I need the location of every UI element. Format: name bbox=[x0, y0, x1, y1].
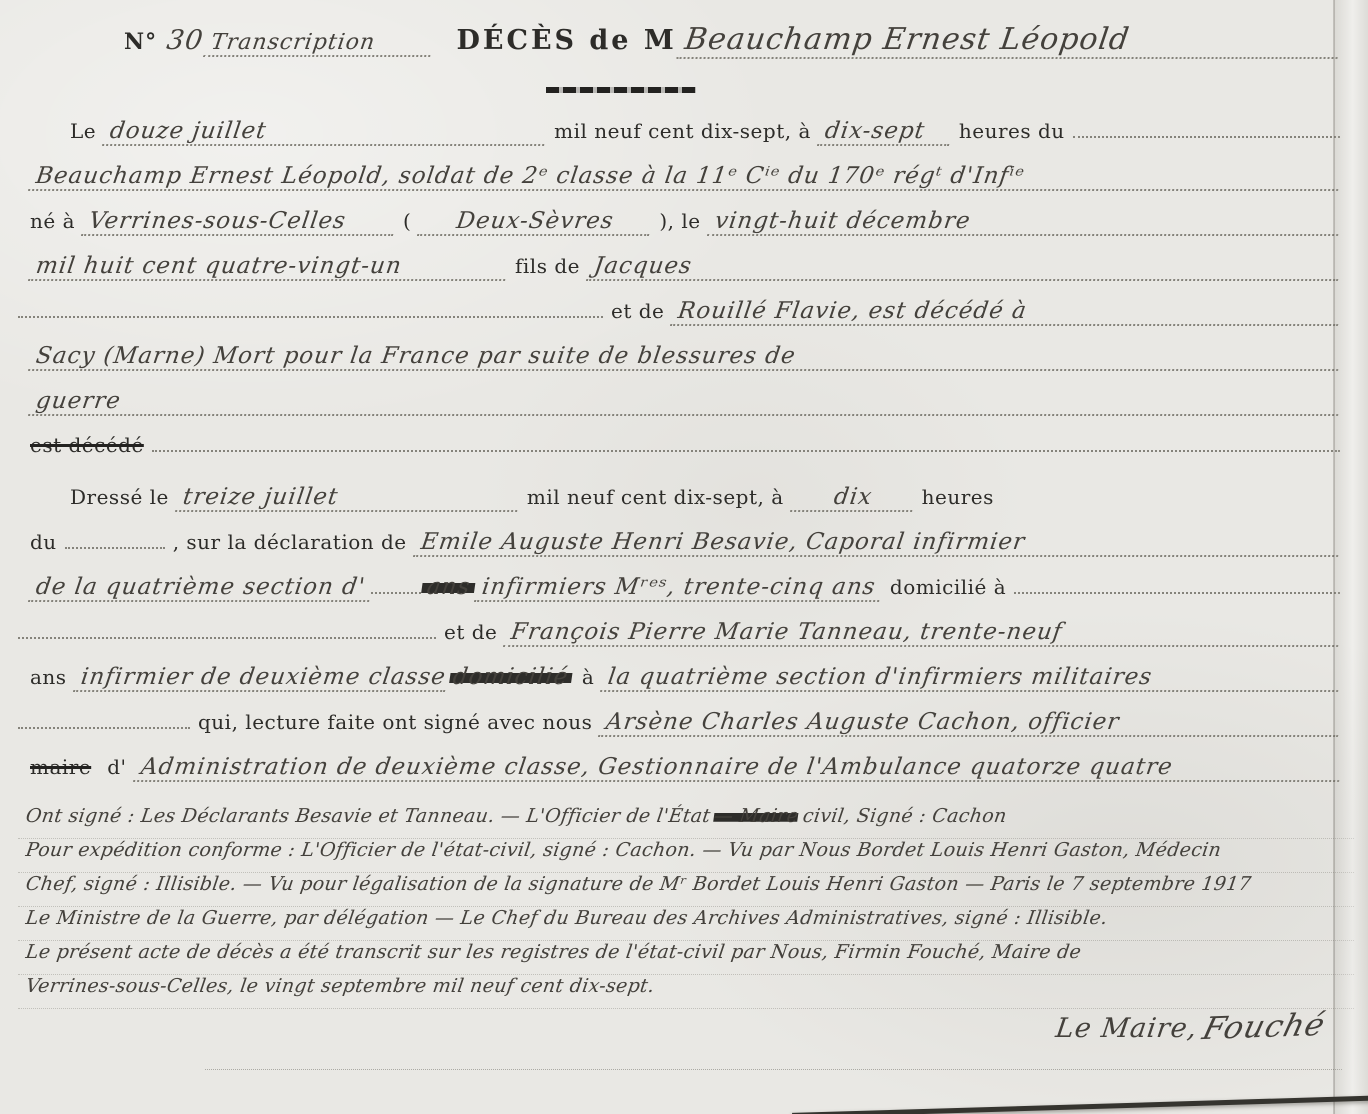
document-line: Le présent acte de décès a été transcrit… bbox=[18, 941, 1354, 975]
printed-text: Le bbox=[70, 119, 96, 143]
handwritten-text: Jacques bbox=[586, 253, 1342, 281]
document-line: Chef, signé : Illisible. — Vu pour légal… bbox=[18, 873, 1354, 907]
handwritten-text: Le présent acte de décès a été transcrit… bbox=[22, 941, 1084, 963]
scan-bottom-edge bbox=[792, 1095, 1368, 1114]
handwritten-text: de la quatrième section d' bbox=[28, 574, 373, 602]
act-number: 30 bbox=[159, 25, 208, 56]
printed-text: qui, lecture faite ont signé avec nous bbox=[198, 710, 592, 734]
handwritten-text: guerre bbox=[28, 388, 1342, 416]
handwritten-text: Pour expédition conforme : L'Officier de… bbox=[22, 839, 1224, 861]
struck-form-text: est décédé bbox=[30, 433, 144, 457]
mayor-signature: Fouché bbox=[1193, 1007, 1335, 1048]
mayor-title: Le Maire, bbox=[1048, 1013, 1206, 1044]
document-line: Verrines-sous-Celles, le vingt septembre… bbox=[18, 975, 1354, 1009]
printed-text: à bbox=[582, 665, 594, 689]
dotted-blank bbox=[65, 531, 165, 549]
handwritten-text: dix-sept bbox=[817, 118, 953, 146]
document-line: Dressé letreize juilletmil neuf cent dix… bbox=[18, 484, 1354, 529]
printed-text: mil neuf cent dix-sept, à bbox=[554, 119, 811, 143]
handwritten-text: infirmier de deuxième classe bbox=[73, 664, 449, 692]
title-underline-line bbox=[18, 82, 1354, 98]
document-line: Beauchamp Ernest Léopold, soldat de 2ᵉ c… bbox=[18, 163, 1354, 208]
printed-text: heures bbox=[922, 485, 994, 509]
handwritten-text: Administration de deuxième classe, Gesti… bbox=[133, 754, 1342, 782]
deces-title: DÉCÈS de M bbox=[456, 25, 676, 56]
document-line: ansinfirmier de deuxième classedomicilié… bbox=[18, 664, 1354, 709]
printed-text: domicilié à bbox=[890, 575, 1006, 599]
document-line: Ledouze juilletmil neuf cent dix-sept, à… bbox=[18, 118, 1354, 163]
document-line: maired'Administration de deuxième classe… bbox=[18, 754, 1354, 799]
handwritten-text: Ont signé : Les Déclarants Besavie et Ta… bbox=[22, 805, 714, 827]
document-lines: N°30TranscriptionDÉCÈS de MBeauchamp Ern… bbox=[18, 22, 1354, 1009]
document-line: Pour expédition conforme : L'Officier de… bbox=[18, 839, 1354, 873]
printed-text: et de bbox=[611, 299, 664, 323]
document-line: de la quatrième section d'ansinfirmiers … bbox=[18, 574, 1354, 619]
document-line: du, sur la déclaration deEmile Auguste H… bbox=[18, 529, 1354, 574]
printed-text: du bbox=[30, 530, 57, 554]
handwritten-text: douze juillet bbox=[102, 118, 548, 146]
struck-handwritten-text: domicilié bbox=[445, 664, 576, 690]
deceased-name: Beauchamp Ernest Léopold bbox=[676, 22, 1342, 59]
printed-text: ( bbox=[403, 209, 411, 233]
handwritten-text: dix bbox=[790, 484, 916, 512]
handwritten-text: François Pierre Marie Tanneau, trente-ne… bbox=[503, 619, 1342, 647]
handwritten-text: la quatrième section d'infirmiers milita… bbox=[600, 664, 1342, 692]
document-line: guerre bbox=[18, 388, 1354, 433]
printed-text: ans bbox=[30, 665, 67, 689]
scan-right-band bbox=[1334, 0, 1368, 1114]
document-line: et deFrançois Pierre Marie Tanneau, tren… bbox=[18, 619, 1354, 664]
handwritten-text: Emile Auguste Henri Besavie, Caporal inf… bbox=[413, 529, 1342, 557]
dotted-blank bbox=[371, 576, 421, 594]
document-line: Ont signé : Les Déclarants Besavie et Ta… bbox=[18, 805, 1354, 839]
handwritten-text: Deux-Sèvres bbox=[417, 208, 653, 236]
handwritten-text: Chef, signé : Illisible. — Vu pour légal… bbox=[22, 873, 1254, 895]
handwritten-text: treize juillet bbox=[175, 484, 521, 512]
handwritten-text: mil huit cent quatre-vingt-un bbox=[28, 253, 509, 281]
document-line: Le Ministre de la Guerre, par délégation… bbox=[18, 907, 1354, 941]
handwritten-text: Rouillé Flavie, est décédé à bbox=[670, 298, 1342, 326]
title-underline-bar bbox=[546, 87, 696, 93]
page-crease bbox=[1333, 0, 1335, 1114]
handwritten-text: civil, Signé : Cachon bbox=[799, 805, 1010, 827]
dotted-blank bbox=[152, 434, 1340, 452]
dotted-blank bbox=[18, 711, 190, 729]
handwritten-text: vingt-huit décembre bbox=[707, 208, 1342, 236]
document-line: et deRouillé Flavie, est décédé à bbox=[18, 298, 1354, 343]
struck-handwritten-text: ans bbox=[419, 574, 478, 600]
printed-text: ), le bbox=[659, 209, 700, 233]
printed-text: , sur la déclaration de bbox=[173, 530, 407, 554]
struck-form-text: maire bbox=[30, 755, 91, 779]
handwritten-text: Verrines-sous-Celles, le vingt septembre… bbox=[22, 975, 658, 997]
handwritten-text: Le Ministre de la Guerre, par délégation… bbox=[22, 907, 1111, 929]
form-number-label: N° bbox=[124, 29, 157, 55]
dotted-blank bbox=[1014, 576, 1340, 594]
printed-text: et de bbox=[444, 620, 497, 644]
handwritten-text: Beauchamp Ernest Léopold, soldat de 2ᵉ c… bbox=[28, 163, 1342, 191]
transcription-label: Transcription bbox=[204, 30, 435, 57]
document-line: Sacy (Marne) Mort pour la France par sui… bbox=[18, 343, 1354, 388]
handwritten-text: infirmiers Mʳᵉˢ, trente-cinq ans bbox=[475, 574, 884, 602]
printed-text: heures du bbox=[959, 119, 1065, 143]
faint-ruled-line bbox=[205, 1069, 1342, 1070]
document-page: N°30TranscriptionDÉCÈS de MBeauchamp Ern… bbox=[0, 0, 1368, 1114]
document-line: né àVerrines-sous-Celles(Deux-Sèvres), l… bbox=[18, 208, 1354, 253]
dotted-blank bbox=[18, 621, 436, 639]
dotted-blank bbox=[1073, 120, 1340, 138]
printed-text: d' bbox=[107, 755, 126, 779]
struck-handwritten-text: — Maire bbox=[711, 805, 802, 827]
signature-block: Le Maire, Fouché bbox=[1050, 1009, 1354, 1045]
document-line: est décédé bbox=[18, 433, 1354, 478]
handwritten-text: Verrines-sous-Celles bbox=[81, 208, 397, 236]
handwritten-text: Arsène Charles Auguste Cachon, officier bbox=[598, 709, 1342, 737]
printed-text: né à bbox=[30, 209, 75, 233]
header-line: N°30TranscriptionDÉCÈS de MBeauchamp Ern… bbox=[18, 22, 1354, 82]
document-line: qui, lecture faite ont signé avec nousAr… bbox=[18, 709, 1354, 754]
document-line: mil huit cent quatre-vingt-unfils deJacq… bbox=[18, 253, 1354, 298]
dotted-blank bbox=[18, 300, 603, 318]
printed-text: fils de bbox=[515, 254, 580, 278]
printed-text: Dressé le bbox=[70, 485, 169, 509]
handwritten-text: Sacy (Marne) Mort pour la France par sui… bbox=[28, 343, 1342, 371]
printed-text: mil neuf cent dix-sept, à bbox=[527, 485, 784, 509]
